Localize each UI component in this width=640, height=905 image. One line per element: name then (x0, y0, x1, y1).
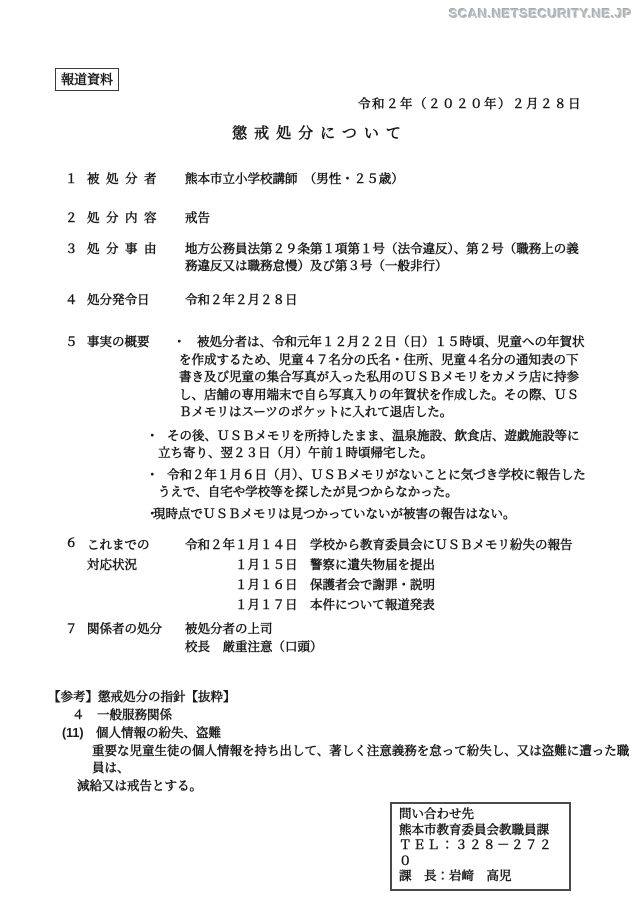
bullet-marker: ・ (146, 506, 159, 524)
item-label: 関係者の処分 (87, 621, 185, 639)
bullet-marker: ・ (146, 467, 159, 485)
bullet-text: その後、ＵＳＢメモリを所持したまま、温泉施設、飲食店、遊戯施設等に立ち寄り、翌２… (146, 428, 590, 463)
bullet-text: 令和２年１月６日（月）、ＵＳＢメモリがないことに気づき学校に報告したうえで、自宅… (146, 467, 590, 502)
doc-type-label: 報道資料 (55, 68, 119, 91)
item-label: 処分事由 (87, 241, 185, 259)
item-number: ７ (65, 621, 87, 639)
contact-heading: 問い合わせ先 (399, 807, 562, 823)
fact-bullets: ・ 被処分者は、令和元年１２月２２日（日）１５時頃、児童への年賀状を作成するため… (146, 334, 640, 523)
bullet-text: 現時点でＵＳＢメモリは見つかっていないが被害の報告はない。 (146, 506, 590, 524)
bullet-text: 被処分者は、令和元年１２月２２日（日）１５時頃、児童への年賀状を作成するため、児… (173, 334, 590, 422)
fact-bullet: ・ 被処分者は、令和元年１２月２２日（日）１５時頃、児童への年賀状を作成するため… (173, 334, 590, 422)
item-6-response-status: ６ これまでの 対応状況 令和２年１月１４日 学校から教育委員会にＵＳＢメモリ紛… (65, 535, 640, 615)
item-4-order-date: ４ 処分発令日 令和２年２月２８日 (65, 292, 640, 310)
item-number: １ (65, 171, 87, 189)
item-number: ４ (65, 292, 87, 310)
reference-body-line2: 減給又は戒告とする。 (77, 778, 640, 796)
bullet-marker: ・ (173, 334, 186, 352)
related-person-line2: 校長 厳重注意（口頭） (185, 639, 585, 657)
reference-category: ４ 一般服務関係 (72, 707, 640, 725)
item-label-line2: 対応状況 (87, 555, 185, 575)
item-number: ３ (65, 241, 87, 259)
item-value: 熊本市立小学校講師 （男性・２５歳） (185, 171, 640, 189)
reference-heading: 【参考】懲戒処分の指針【抜粋】 (48, 689, 640, 707)
schedule-line: １月１５日 警察に遺失物届を提出 (185, 555, 585, 575)
item-label: 処分内容 (87, 210, 185, 228)
item-number: ５ (65, 334, 78, 352)
reference-subcategory: (11) 個人情報の紛失、盗難 (62, 725, 640, 743)
item-label: 事実の概要 (87, 334, 150, 352)
item-value: 戒告 (185, 210, 640, 228)
item-value: 令和２年２月２８日 (185, 292, 640, 310)
contact-department: 熊本市教育委員会教職員課 (399, 823, 562, 839)
document-title: 懲戒処分について (0, 123, 640, 144)
item-value: 被処分者の上司 校長 厳重注意（口頭） (185, 621, 640, 656)
reference-body-line1: 重要な児童生徒の個人情報を持ち出して、著しく注意義務を怠って紛失し、又は盗難に遭… (92, 743, 640, 778)
item-5-summary-of-facts: ５ 事実の概要 ・ 被処分者は、令和元年１２月２２日（日）１５時頃、児童への年賀… (65, 334, 640, 523)
item-1-disciplined-person: １ 被処分者 熊本市立小学校講師 （男性・２５歳） (65, 171, 640, 189)
item-number: ６ (65, 535, 87, 553)
item-7-related-persons: ７ 関係者の処分 被処分者の上司 校長 厳重注意（口頭） (65, 621, 640, 656)
schedule-line: 令和２年１月１４日 学校から教育委員会にＵＳＢメモリ紛失の報告 (185, 535, 585, 555)
item-3-grounds: ３ 処分事由 地方公務員法第２９条第１項第１号（法令違反）、第２号（職務上の義務… (65, 241, 640, 276)
item-2-disposition: ２ 処分内容 戒告 (65, 210, 640, 228)
items-list: １ 被処分者 熊本市立小学校講師 （男性・２５歳） ２ 処分内容 戒告 ３ 処分… (65, 171, 640, 657)
fact-bullet: ・ 令和２年１月６日（月）、ＵＳＢメモリがないことに気づき学校に報告したうえで、… (146, 467, 590, 502)
schedule-line: １月１７日 本件について報道発表 (185, 595, 585, 615)
item-label: 処分発令日 (87, 292, 185, 310)
reference-section: 【参考】懲戒処分の指針【抜粋】 ４ 一般服務関係 (11) 個人情報の紛失、盗難… (48, 689, 640, 795)
bullet-marker: ・ (146, 428, 159, 446)
press-release-document: { "watermark": "SCAN.NETSECURITY.NE.JP",… (0, 0, 640, 905)
schedule-line: １月１６日 保護者会で謝罪・説明 (185, 575, 585, 595)
watermark: SCAN.NETSECURITY.NE.JP (449, 5, 632, 23)
related-person-line1: 被処分者の上司 (185, 621, 585, 639)
item-label: これまでの 対応状況 (87, 535, 185, 575)
response-schedule: 令和２年１月１４日 学校から教育委員会にＵＳＢメモリ紛失の報告 １月１５日 警察… (185, 535, 640, 615)
item-label: 被処分者 (87, 171, 185, 189)
fact-bullet: ・ その後、ＵＳＢメモリを所持したまま、温泉施設、飲食店、遊戯施設等に立ち寄り、… (146, 428, 590, 463)
fact-bullet: ・ 現時点でＵＳＢメモリは見つかっていないが被害の報告はない。 (146, 506, 590, 524)
contact-box: 問い合わせ先 熊本市教育委員会教職員課 ＴＥＬ：３２８－２７２０ 課 長：岩﨑 … (390, 802, 571, 891)
item-number: ２ (65, 210, 87, 228)
contact-phone: ＴＥＬ：３２８－２７２０ (399, 838, 562, 869)
item-label-line1: これまでの (87, 535, 185, 555)
document-date: 令和２年（２０２０年）２月２８日 (0, 96, 640, 114)
item-value: 地方公務員法第２９条第１項第１号（法令違反）、第２号（職務上の義務違反又は職務怠… (185, 241, 640, 276)
contact-person: 課 長：岩﨑 高児 (399, 869, 562, 885)
